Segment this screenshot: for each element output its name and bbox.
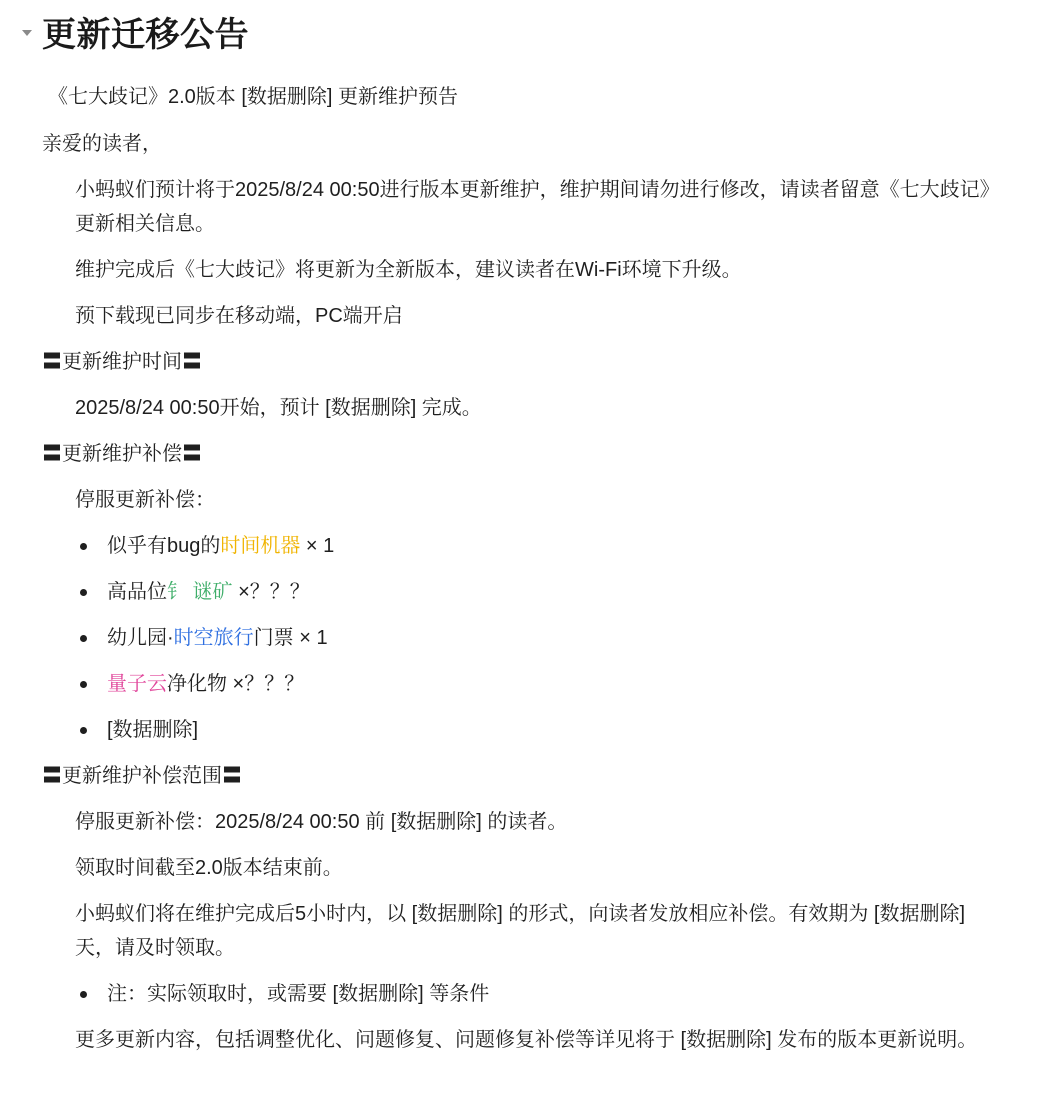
bullet-icon [80, 991, 87, 998]
item-quantity: × 1 [300, 535, 334, 557]
list-item: 高品位钅 谜矿 ×？？？ [107, 575, 310, 609]
list-item: 量子云净化物 ×？？？ [107, 667, 304, 701]
compensation-label: 停服更新补偿： [75, 483, 215, 517]
greeting: 亲爱的读者， [42, 127, 162, 161]
intro-paragraph-3: 预下载现已同步在移动端，PC端开启 [75, 299, 403, 333]
collapse-triangle-icon[interactable] [22, 30, 32, 36]
item-text: 似乎有bug的 [107, 535, 220, 557]
subtitle: 《七大歧记》2.0版本 [数据删除] 更新维护预告 [48, 80, 458, 114]
bullet-icon [80, 635, 87, 642]
note-item: 注：实际领取时，或需要 [数据删除] 等条件 [107, 977, 489, 1011]
intro-paragraph-1: 小蚂蚁们预计将于2025/8/24 00:50进行版本更新维护，维护期间请勿进行… [75, 173, 1010, 241]
item-highlight: 时空旅行 [174, 627, 254, 649]
item-text: 高品位 [107, 581, 167, 603]
item-text: [数据删除] [107, 719, 198, 741]
scope-line-2: 领取时间截至2.0版本结束前。 [75, 851, 343, 885]
section-heading-compensation: 〓更新维护补偿〓 [42, 437, 202, 471]
intro-paragraph-2: 维护完成后《七大歧记》将更新为全新版本，建议读者在Wi-Fi环境下升级。 [75, 253, 742, 287]
item-quantity: 门票 × 1 [254, 627, 328, 649]
item-highlight: 钅 谜矿 [167, 581, 233, 603]
scope-line-1: 停服更新补偿：2025/8/24 00:50 前 [数据删除] 的读者。 [75, 805, 567, 839]
item-quantity: ×？？？ [233, 581, 310, 603]
item-highlight: 量子云 [107, 673, 167, 695]
bullet-icon [80, 727, 87, 734]
bullet-icon [80, 589, 87, 596]
list-item: [数据删除] [107, 713, 198, 747]
list-item: 似乎有bug的时间机器 × 1 [107, 529, 334, 563]
section-heading-scope: 〓更新维护补偿范围〓 [42, 759, 242, 793]
footer-paragraph: 更多更新内容，包括调整优化、问题修复、问题修复补偿等详见将于 [数据删除] 发布… [75, 1023, 1010, 1057]
bullet-icon [80, 681, 87, 688]
page-title: 更新迁移公告 [42, 12, 249, 58]
list-item: 幼儿园·时空旅行门票 × 1 [107, 621, 328, 655]
section-heading-time: 〓更新维护时间〓 [42, 345, 202, 379]
item-text: 幼儿园· [107, 627, 174, 649]
maintenance-time-text: 2025/8/24 00:50开始，预计 [数据删除] 完成。 [75, 391, 482, 425]
item-quantity: 净化物 ×？？？ [167, 673, 304, 695]
item-highlight: 时间机器 [220, 535, 300, 557]
bullet-icon [80, 543, 87, 550]
scope-line-3: 小蚂蚁们将在维护完成后5小时内，以 [数据删除] 的形式，向读者发放相应补偿。有… [75, 897, 1010, 965]
